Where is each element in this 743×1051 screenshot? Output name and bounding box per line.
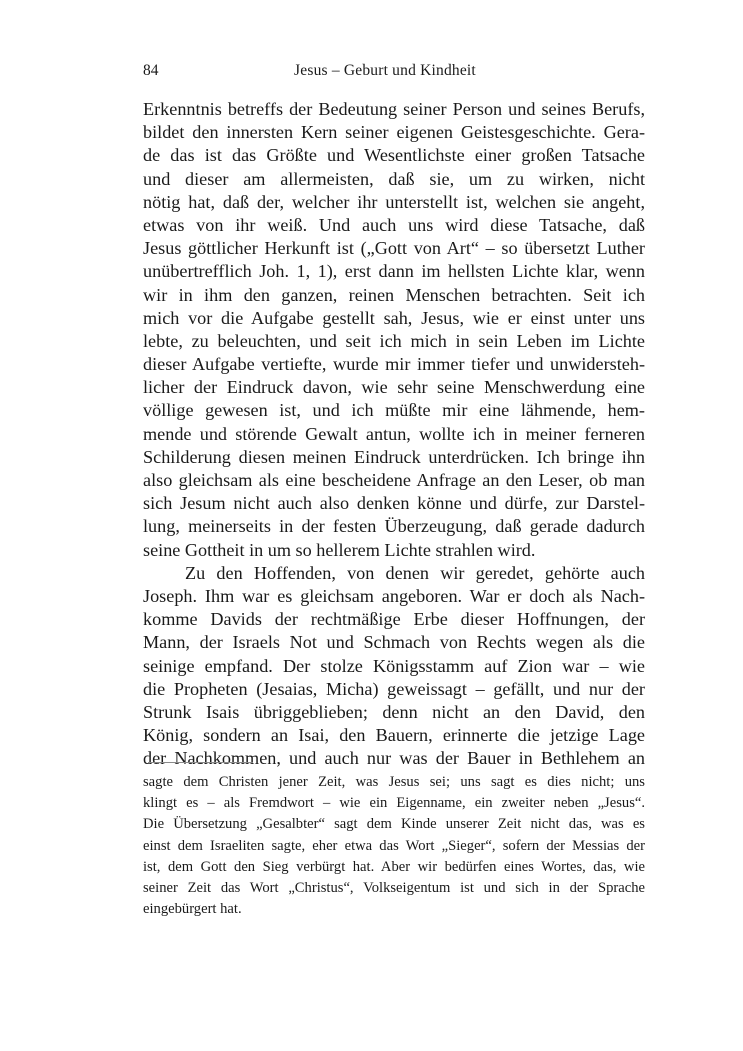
text-line: etwas von ihr weiß. Und auch uns wird di…: [143, 214, 645, 237]
main-text-block: Erkenntnis betreffs der Bedeutung seiner…: [143, 98, 645, 770]
footnote-block: sagte dem Christen jener Zeit, was Jesus…: [143, 772, 645, 920]
text-line: wir in ihm den ganzen, reinen Menschen b…: [143, 284, 645, 307]
footnote-line: ist, dem Gott den Sieg verbürgt hat. Abe…: [143, 857, 645, 878]
text-line: lebte, zu beleuchten, und seit ich mich …: [143, 330, 645, 353]
text-line: Mann, der Israels Not und Schmach von Re…: [143, 631, 645, 654]
text-line: Erkenntnis betreffs der Bedeutung seiner…: [143, 98, 645, 121]
footnote-line: eingebürgert hat.: [143, 899, 645, 920]
paragraph-start-line: Zu den Hoffenden, von denen wir geredet,…: [143, 562, 645, 585]
text-line: unübertrefflich Joh. 1, 1), erst dann im…: [143, 260, 645, 283]
footnote-line: Die Übersetzung „Gesalbter“ sagt dem Kin…: [143, 814, 645, 835]
text-line: seinige empfand. Der stolze Königsstamm …: [143, 655, 645, 678]
text-line: mich vor die Aufgabe gestellt sah, Jesus…: [143, 307, 645, 330]
running-title: Jesus – Geburt und Kindheit: [143, 62, 645, 80]
footnote-separator-rule: [148, 762, 253, 763]
footnote-line: klingt es – als Fremdwort – wie ein Eige…: [143, 793, 645, 814]
footnote-line: seiner Zeit das Wort „Christus“, Volksei…: [143, 878, 645, 899]
text-line: also gleichsam als eine bescheidene Anfr…: [143, 469, 645, 492]
text-line: völlige gewesen ist, und ich müßte mir e…: [143, 399, 645, 422]
book-page: 84 Jesus – Geburt und Kindheit Erkenntni…: [0, 0, 743, 1051]
text-line: dieser Aufgabe vertiefte, wurde mir imme…: [143, 353, 645, 376]
text-line: König, sondern an Isai, den Bauern, erin…: [143, 724, 645, 747]
text-line: komme Davids der rechtmäßige Erbe dieser…: [143, 608, 645, 631]
text-line: mende und störende Gewalt antun, wollte …: [143, 423, 645, 446]
text-line: die Propheten (Jesaias, Micha) geweissag…: [143, 678, 645, 701]
text-line: sich Jesum nicht auch also denken könne …: [143, 492, 645, 515]
text-line: Schilderung diesen meinen Eindruck unter…: [143, 446, 645, 469]
text-line: Strunk Isais übriggeblieben; denn nicht …: [143, 701, 645, 724]
footnote-line: sagte dem Christen jener Zeit, was Jesus…: [143, 772, 645, 793]
text-line: licher der Eindruck davon, wie sehr sein…: [143, 376, 645, 399]
running-head: 84 Jesus – Geburt und Kindheit: [143, 62, 645, 84]
text-line: nötig hat, daß der, welcher ihr unterste…: [143, 191, 645, 214]
text-line: lung, meinerseits in der festen Überzeug…: [143, 515, 645, 538]
footnote-line: einst dem Israeliten sagte, eher etwa da…: [143, 836, 645, 857]
text-line: der Nachkommen, und auch nur was der Bau…: [143, 747, 645, 770]
text-line: und dieser am allermeisten, daß sie, um …: [143, 168, 645, 191]
paragraph-end-line: seine Gottheit in um so hellerem Lichte …: [143, 539, 645, 562]
text-line: bildet den innersten Kern seiner eigenen…: [143, 121, 645, 144]
text-line: Joseph. Ihm war es gleichsam angeboren. …: [143, 585, 645, 608]
text-line: Jesus göttlicher Herkunft ist („Gott von…: [143, 237, 645, 260]
text-line: de das ist das Größte und Wesentlichste …: [143, 144, 645, 167]
